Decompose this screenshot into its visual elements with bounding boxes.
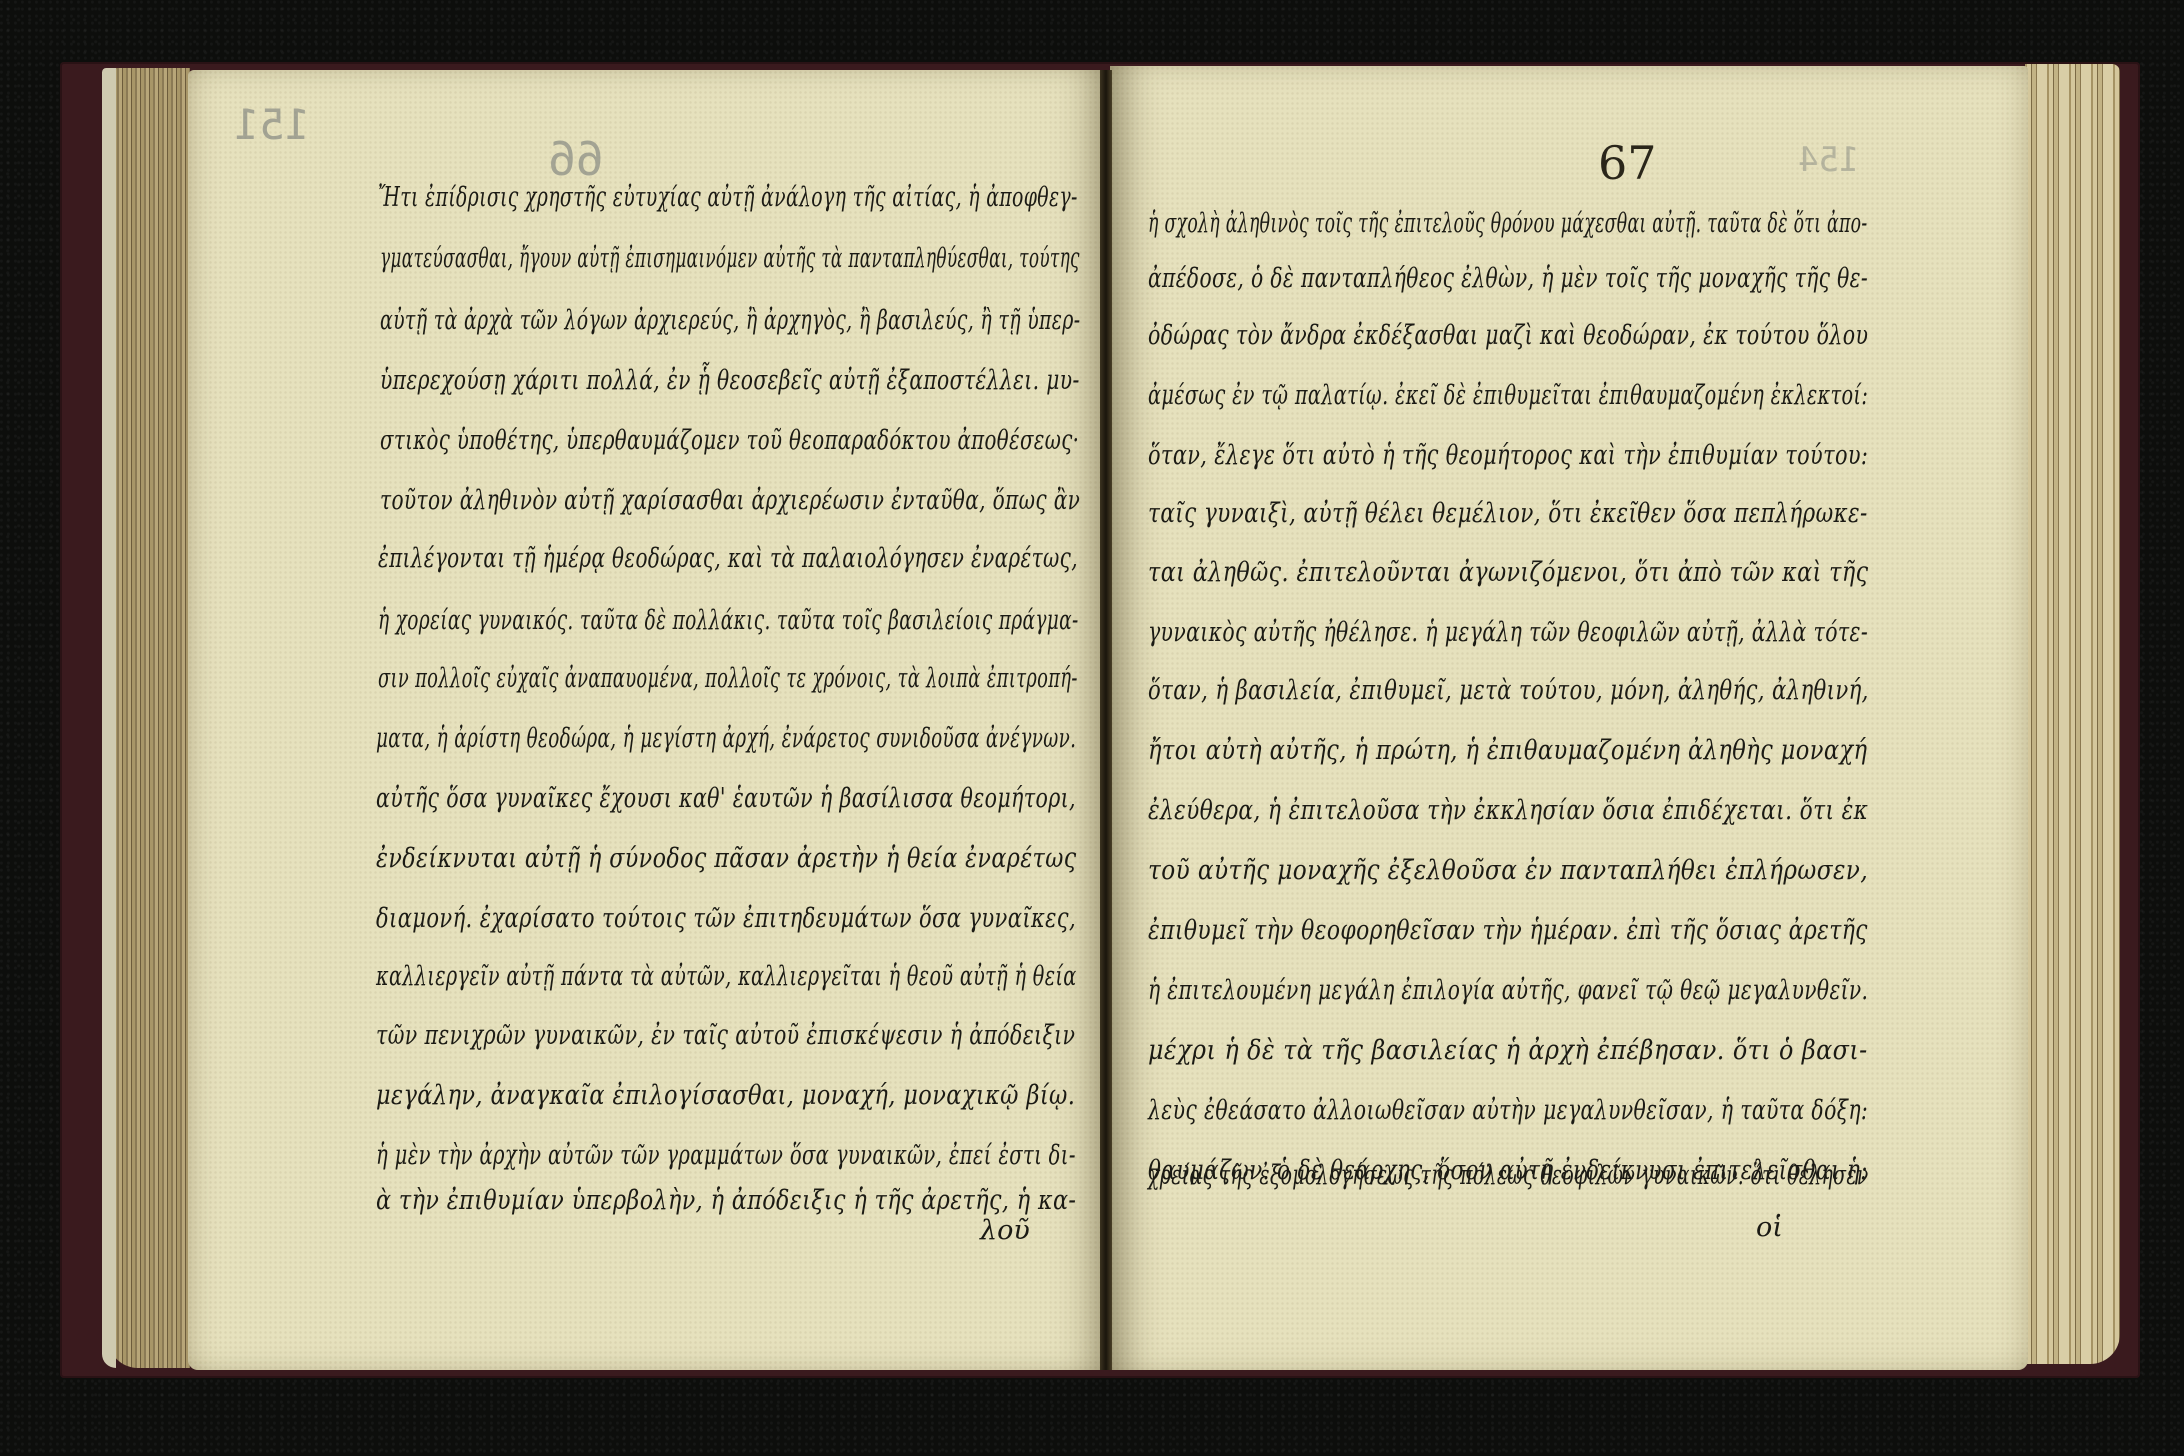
- text-line: ὑπερεχούσῃ χάριτι πολλά, ἐν ᾗ θεοσεβεῖς …: [380, 365, 1080, 396]
- text-line: τοῦτον ἀληθινὸν αὐτῇ χαρίσασθαι ἀρχιερέω…: [380, 485, 1080, 516]
- text-line: ἐπιλέγονται τῇ ἡμέρᾳ θεοδώρας, καὶ τὰ πα…: [378, 543, 1078, 574]
- text-line: Ἤτι ἐπίδρισις χρηστῆς εὐτυχίας αὐτῇ ἀνάλ…: [378, 182, 1078, 213]
- catchword-right: οἱ: [1756, 1212, 1783, 1243]
- text-line: ἀμέσως ἐν τῷ παλατίῳ. ἐκεῖ δὲ ἐπιθυμεῖτα…: [1148, 380, 1868, 411]
- text-line: σιν πολλοῖς εὐχαῖς ἀναπαυομένα, πολλοῖς …: [378, 663, 1078, 694]
- text-line: καλλιεργεῖν αὐτῇ πάντα τὰ αὐτῶν, καλλιερ…: [376, 961, 1077, 992]
- text-line: χρείας τῆς ἐξομολογήσεως τῆς πόλεως θεοφ…: [1148, 1160, 1869, 1191]
- text-line: ἤτοι αὐτὴ αὐτῆς, ἡ πρώτη, ἡ ἐπιθαυμαζομέ…: [1148, 735, 1867, 766]
- text-line: στικὸς ὑποθέτης, ὑπερθαυμάζομεν τοῦ θεοπ…: [380, 425, 1079, 456]
- text-line: αὐτῆς ὅσα γυναῖκες ἔχουσι καθ' ἑαυτῶν ἡ …: [376, 783, 1076, 814]
- left-page-number: 66: [548, 132, 603, 186]
- text-line: ἐνδείκνυται αὐτῇ ἡ σύνοδος πᾶσαν ἀρετὴν …: [376, 843, 1077, 874]
- text-line: ἡ μὲν τὴν ἀρχὴν αὐτῶν τῶν γραμμάτων ὅσα …: [376, 1140, 1076, 1171]
- left-page-block-edge: [108, 68, 190, 1368]
- text-line: αὐτῇ τὰ ἀρχὰ τῶν λόγων ἀρχιερεύς, ἢ ἀρχη…: [380, 305, 1080, 336]
- text-line: λεὺς ἐθεάσατο ἀλλοιωθεῖσαν αὐτὴν μεγαλυν…: [1148, 1095, 1868, 1126]
- text-line: τῶν πενιχρῶν γυναικῶν, ἐν ταῖς αὐτοῦ ἐπι…: [376, 1020, 1075, 1051]
- text-line: γματεύσασθαι, ἤγουν αὐτῇ ἐπισημαινόμεν α…: [380, 243, 1080, 274]
- text-line: μεγάλην, ἀναγκαῖα ἐπιλογίσασθαι, μοναχή,…: [376, 1080, 1075, 1111]
- text-line: ὰ τὴν ἐπιθυμίαν ὑπερβολὴν, ἡ ἀπόδειξις ἡ…: [376, 1185, 1076, 1216]
- text-line: ταῖς γυναιξὶ, αὐτῇ θέλει θεμέλιον, ὅτι ἐ…: [1148, 498, 1868, 529]
- text-line: ὅταν, ἡ βασιλεία, ἐπιθυμεῖ, μετὰ τούτου,…: [1148, 675, 1869, 706]
- text-line: ὅταν, ἔλεγε ὅτι αὐτὸ ἡ τῆς θεομήτορος κα…: [1148, 440, 1868, 471]
- bleed-through-folio-left: 151: [234, 100, 310, 149]
- text-line: ματα, ἡ ἀρίστη θεοδώρα, ἡ μεγίστη ἀρχή, …: [376, 723, 1076, 754]
- text-line: μέχρι ἡ δὲ τὰ τῆς βασιλείας ἡ ἀρχὴ ἐπέβη…: [1148, 1035, 1868, 1066]
- right-page-block-edge: [2025, 64, 2120, 1364]
- text-line: ται ἀληθῶς. ἐπιτελοῦνται ἀγωνιζόμενοι, ὅ…: [1148, 557, 1868, 588]
- text-line: τοῦ αὐτῆς μοναχῆς ἐξελθοῦσα ἐν πανταπλήθ…: [1148, 855, 1868, 886]
- book-gutter: [1100, 70, 1112, 1370]
- text-line: ἡ χορείας γυναικός. ταῦτα δὲ πολλάκις. τ…: [378, 605, 1079, 636]
- text-line: ἐπιθυμεῖ τὴν θεοφορηθεῖσαν τὴν ἡμέραν. ἐ…: [1148, 915, 1868, 946]
- catchword-left: λοῦ: [980, 1215, 1030, 1246]
- text-line: ἡ σχολὴ ἀληθινὸς τοῖς τῆς ἐπιτελοῦς θρόν…: [1148, 208, 1868, 239]
- text-line: ἐλεύθερα, ἡ ἐπιτελοῦσα τὴν ἐκκλησίαν ὅσι…: [1148, 795, 1868, 826]
- text-line: ἀπέδοσε, ὁ δὲ πανταπλήθεος ἐλθὼν, ἡ μὲν …: [1148, 263, 1868, 294]
- right-page-number: 67: [1598, 136, 1657, 190]
- text-line: ἡ ἐπιτελουμένη μεγάλη ἐπιλογία αὐτῆς, φα…: [1148, 975, 1868, 1006]
- text-line: γυναικὸς αὐτῆς ἠθέλησε. ἡ μεγάλη τῶν θεο…: [1148, 617, 1868, 648]
- text-line: διαμονή. ἐχαρίσατο τούτοις τῶν ἐπιτηδευμ…: [376, 903, 1076, 934]
- bleed-through-folio-right: 154: [1798, 140, 1859, 180]
- text-line: ὀδώρας τὸν ἄνδρα ἐκδέξασθαι μαζὶ καὶ θεο…: [1148, 320, 1868, 351]
